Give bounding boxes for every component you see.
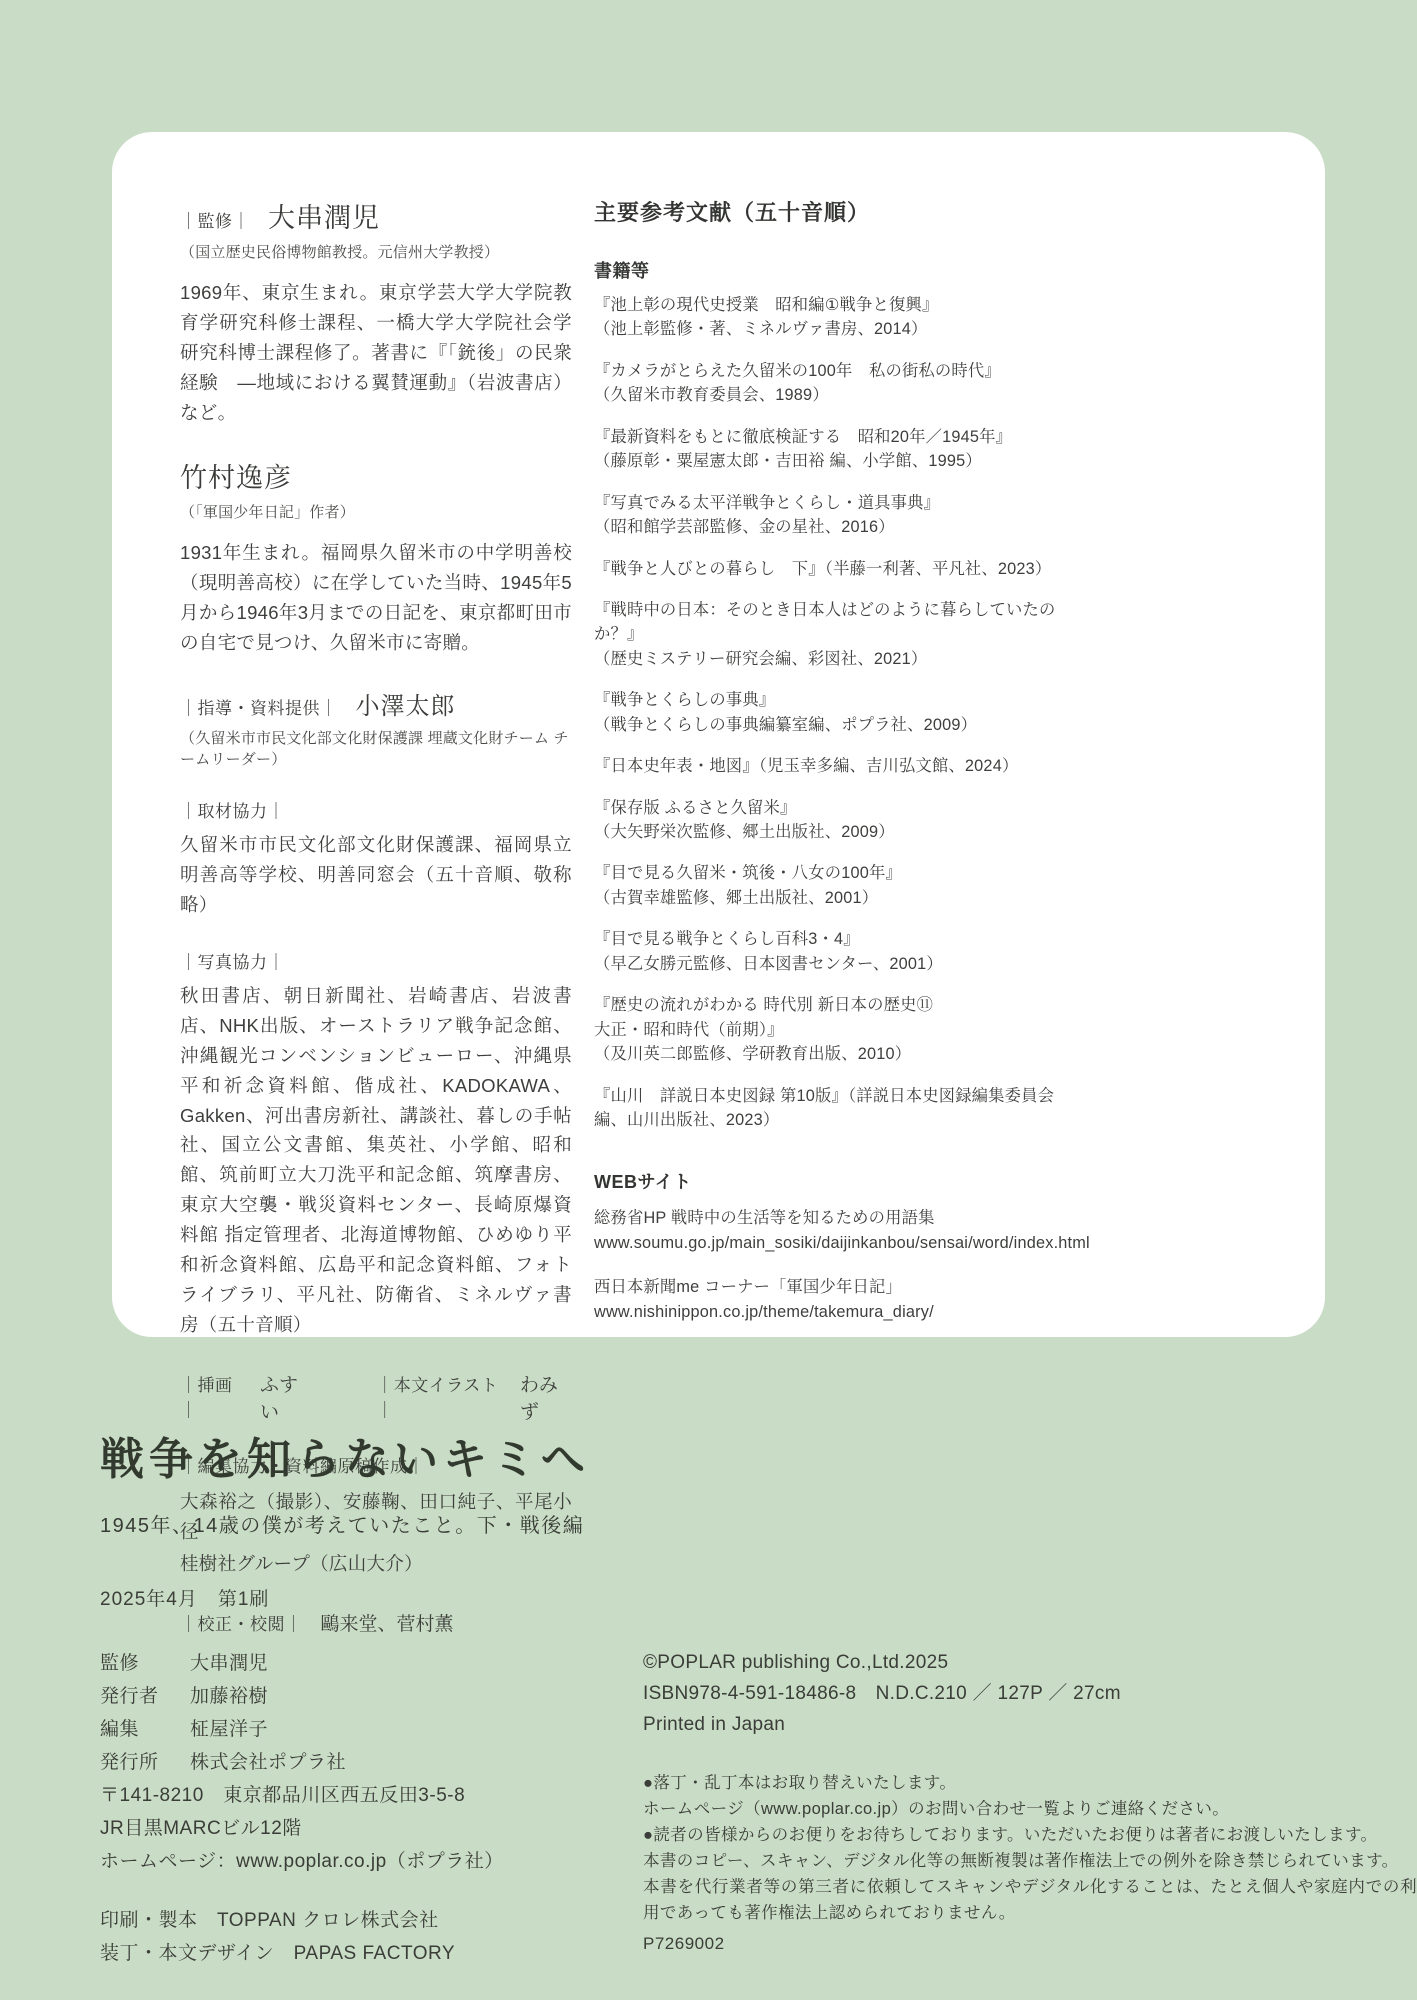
credits-card: ｜監修｜ 大串潤児 （国立歴史民俗博物館教授。元信州大学教授） 1969年、東京… [112,132,1325,1337]
references-heading: 主要参考文献（五十音順） [594,196,1247,227]
reference-entry: 『目で見る久留米・筑後・八女の100年』（古賀幸雄監修、郷土出版社、2001） [594,861,1247,910]
reference-line: 『カメラがとらえた久留米の100年 私の街私の時代』 [594,359,1247,383]
web-reference-list: 総務省HP 戦時中の生活等を知るための用語集www.soumu.go.jp/ma… [594,1206,1247,1324]
author-affiliation: （「軍国少年日記」作者） [180,501,572,522]
colophon-row-value: 株式会社ポプラ社 [190,1746,346,1779]
design-line: 装丁・本文デザイン PAPAS FACTORY [100,1937,570,1970]
photo-text: 秋田書店、朝日新聞社、岩崎書店、岩波書店、NHK出版、オーストラリア戦争記念館、… [180,981,572,1341]
reference-line: か？』 [594,622,1247,646]
guidance-block: ｜指導・資料提供｜ 小澤太郎 （久留米市市民文化部文化財保護課 埋蔵文化財チーム… [180,686,572,769]
reference-entry: 『写真でみる太平洋戦争とくらし・道具事典』（昭和館学芸部監修、金の星社、2016… [594,491,1247,540]
supervisor-label: ｜監修｜ [180,207,250,232]
isbn-line: ISBN978-4-591-18486-8 N.D.C.210 ／ 127P ／… [643,1678,1417,1709]
reference-line: 『山川 詳説日本史図録 第10版』（詳説日本史図録編集委員会 [594,1084,1247,1108]
colophon-row: 発行所株式会社ポプラ社 [100,1746,570,1779]
reference-entry: 『保存版 ふるさと久留米』（大矢野栄次監修、郷土出版社、2009） [594,796,1247,845]
legal-note-line: 本書を代行業者等の第三者に依頼してスキャンやデジタル化することは、たとえ個人や家… [643,1874,1417,1926]
reference-line: （歴史ミステリー研究会編、彩図社、2021） [594,647,1247,671]
reference-line: 大正・昭和時代（前期）』 [594,1018,1247,1042]
interview-text: 久留米市市民文化部文化財保護課、福岡県立明善高等学校、明善同窓会（五十音順、敬称… [180,830,572,920]
colophon-row-label: 編集 [100,1713,190,1746]
reference-entry: 『歴史の流れがわかる 時代別 新日本の歴史⑪大正・昭和時代（前期）』（及川英二郎… [594,993,1247,1066]
reference-line: 『戦時中の日本：そのとき日本人はどのように暮らしていたの [594,598,1247,622]
colophon-page: { "left": { "supervisor_label": "｜監修｜", … [0,0,1417,2000]
reference-line: 『写真でみる太平洋戦争とくらし・道具事典』 [594,491,1247,515]
reference-line: 『最新資料をもとに徹底検証する 昭和20年／1945年』 [594,425,1247,449]
reference-line: （早乙女勝元監修、日本図書センター、2001） [594,952,1247,976]
publisher-homepage: ホームページ：www.poplar.co.jp（ポプラ社） [100,1845,570,1878]
guidance-label: ｜指導・資料提供｜ [180,694,338,719]
supervisor-name: 大串潤児 [268,196,380,235]
printer-line: 印刷・製本 TOPPAN クロレ株式会社 [100,1904,570,1937]
reference-line: 『目で見る久留米・筑後・八女の100年』 [594,861,1247,885]
legal-note-line: ●落丁・乱丁本はお取り替えいたします。 [643,1770,1417,1796]
reference-line: 『歴史の流れがわかる 時代別 新日本の歴史⑪ [594,993,1247,1017]
reference-entry: 『山川 詳説日本史図録 第10版』（詳説日本史図録編集委員会編、山川出版社、20… [594,1084,1247,1133]
interview-label: ｜取材協力｜ [180,797,572,822]
photo-label: ｜写真協力｜ [180,948,572,973]
copyright-line: ©POPLAR publishing Co.,Ltd.2025 [643,1647,1417,1678]
publisher-address-line1: 〒141-8210 東京都品川区西五反田3-5-8 [100,1779,570,1812]
book-title: 戦争を知らないキミへ [100,1423,1417,1487]
reference-line: （及川英二郎監修、学研教育出版、2010） [594,1042,1247,1066]
reference-entry: 『戦争とくらしの事典』（戦争とくらしの事典編纂室編、ポプラ社、2009） [594,688,1247,737]
reference-line: www.soumu.go.jp/main_sosiki/daijinkanbou… [594,1231,1247,1255]
reference-entry: 総務省HP 戦時中の生活等を知るための用語集www.soumu.go.jp/ma… [594,1206,1247,1255]
legal-note-line: 本書のコピー、スキャン、デジタル化等の無断複製は著作権法上での例外を除き禁じられ… [643,1848,1417,1874]
reference-entry: 西日本新聞me コーナー「軍国少年日記」www.nishinippon.co.j… [594,1275,1247,1324]
web-subheading: WEBサイト [594,1168,1247,1194]
reference-entry: 『戦時中の日本：そのとき日本人はどのように暮らしていたのか？』（歴史ミステリー研… [594,598,1247,671]
reference-line: 総務省HP 戦時中の生活等を知るための用語集 [594,1206,1247,1230]
author-name: 竹村逸彦 [180,456,572,495]
photo-cooperation-block: ｜写真協力｜ 秋田書店、朝日新聞社、岩崎書店、岩波書店、NHK出版、オーストラリ… [180,948,572,1341]
colophon-row-value: 加藤裕樹 [190,1680,268,1713]
colophon-section: 戦争を知らないキミへ 1945年、14歳の僕が考えていたこと。下・戦後編 202… [0,1337,1417,1970]
legal-notes: ●落丁・乱丁本はお取り替えいたします。ホームページ（www.poplar.co.… [643,1770,1417,1926]
colophon-row-label: 発行者 [100,1680,190,1713]
publication-details: 監修大串潤児発行者加藤裕樹編集柾屋洋子発行所株式会社ポプラ社 〒141-8210… [100,1647,1417,1970]
credits-column: ｜監修｜ 大串潤児 （国立歴史民俗博物館教授。元信州大学教授） 1969年、東京… [180,196,572,1297]
publisher-block: 監修大串潤児発行者加藤裕樹編集柾屋洋子発行所株式会社ポプラ社 〒141-8210… [100,1647,570,1970]
printing-info: 2025年4月 第1刷 [100,1584,1417,1611]
guidance-name: 小澤太郎 [356,686,456,721]
reference-line: 『戦争と人びとの暮らし 下』（半藤一利著、平凡社、2023） [594,557,1247,581]
reference-line: 『保存版 ふるさと久留米』 [594,796,1247,820]
reference-entry: 『目で見る戦争とくらし百科3・4』（早乙女勝元監修、日本図書センター、2001） [594,927,1247,976]
guidance-affiliation: （久留米市市民文化部文化財保護課 埋蔵文化財チーム チームリーダー） [180,727,572,769]
spacer [100,1878,570,1904]
supervisor-bio: 1969年、東京生まれ。東京学芸大学大学院教育学研究科修士課程、一橋大学大学院社… [180,278,572,428]
reference-line: 編、山川出版社、2023） [594,1108,1247,1132]
reference-line: （藤原彰・粟屋憲太郎・吉田裕 編、小学館、1995） [594,449,1247,473]
reference-line: （久留米市教育委員会、1989） [594,383,1247,407]
references-column: 主要参考文献（五十音順） 書籍等 『池上彰の現代史授業 昭和編①戦争と復興』（池… [594,196,1247,1297]
reference-entry: 『池上彰の現代史授業 昭和編①戦争と復興』（池上彰監修・著、ミネルヴァ書房、20… [594,293,1247,342]
reference-line: 『日本史年表・地図』（児玉幸多編、吉川弘文館、2024） [594,754,1247,778]
reference-line: （古賀幸雄監修、郷土出版社、2001） [594,886,1247,910]
reference-entry: 『最新資料をもとに徹底検証する 昭和20年／1945年』（藤原彰・粟屋憲太郎・吉… [594,425,1247,474]
colophon-row-value: 柾屋洋子 [190,1713,268,1746]
supervisor-block: ｜監修｜ 大串潤児 （国立歴史民俗博物館教授。元信州大学教授） 1969年、東京… [180,196,572,428]
reference-line: （池上彰監修・著、ミネルヴァ書房、2014） [594,317,1247,341]
author-block: 竹村逸彦 （「軍国少年日記」作者） 1931年生まれ。福岡県久留米市の中学明善校… [180,456,572,658]
reference-entry: 『戦争と人びとの暮らし 下』（半藤一利著、平凡社、2023） [594,557,1247,581]
product-code: P7269002 [643,1934,1417,1954]
author-bio: 1931年生まれ。福岡県久留米市の中学明善校（現明善高校）に在学していた当時、1… [180,538,572,658]
rights-block: ©POPLAR publishing Co.,Ltd.2025 ISBN978-… [643,1647,1417,1954]
reference-entry: 『カメラがとらえた久留米の100年 私の街私の時代』（久留米市教育委員会、198… [594,359,1247,408]
colophon-row-label: 発行所 [100,1746,190,1779]
reference-line: 『池上彰の現代史授業 昭和編①戦争と復興』 [594,293,1247,317]
colophon-row-value: 大串潤児 [190,1647,268,1680]
reference-entry: 『日本史年表・地図』（児玉幸多編、吉川弘文館、2024） [594,754,1247,778]
reference-line: 西日本新聞me コーナー「軍国少年日記」 [594,1275,1247,1299]
reference-line: （大矢野栄次監修、郷土出版社、2009） [594,820,1247,844]
legal-note-line: ホームページ（www.poplar.co.jp）のお問い合わせ一覧よりご連絡くだ… [643,1796,1417,1822]
book-reference-list: 『池上彰の現代史授業 昭和編①戦争と復興』（池上彰監修・著、ミネルヴァ書房、20… [594,293,1247,1132]
reference-line: www.nishinippon.co.jp/theme/takemura_dia… [594,1300,1247,1324]
reference-line: 『目で見る戦争とくらし百科3・4』 [594,927,1247,951]
reference-line: （昭和館学芸部監修、金の星社、2016） [594,515,1247,539]
printed-in-japan-line: Printed in Japan [643,1709,1417,1740]
interview-cooperation-block: ｜取材協力｜ 久留米市市民文化部文化財保護課、福岡県立明善高等学校、明善同窓会（… [180,797,572,920]
publisher-rows: 監修大串潤児発行者加藤裕樹編集柾屋洋子発行所株式会社ポプラ社 [100,1647,570,1779]
colophon-row: 編集柾屋洋子 [100,1713,570,1746]
supervisor-affiliation: （国立歴史民俗博物館教授。元信州大学教授） [180,241,572,262]
book-subtitle: 1945年、14歳の僕が考えていたこと。下・戦後編 [100,1509,1417,1538]
reference-line: 『戦争とくらしの事典』 [594,688,1247,712]
colophon-row-label: 監修 [100,1647,190,1680]
colophon-row: 発行者加藤裕樹 [100,1680,570,1713]
books-subheading: 書籍等 [594,257,1247,283]
reference-line: （戦争とくらしの事典編纂室編、ポプラ社、2009） [594,713,1247,737]
colophon-row: 監修大串潤児 [100,1647,570,1680]
publisher-address-line2: JR目黒MARCビル12階 [100,1812,570,1845]
legal-note-line: ●読者の皆様からのお便りをお待ちしております。いただいたお便りは著者にお渡しいた… [643,1822,1417,1848]
